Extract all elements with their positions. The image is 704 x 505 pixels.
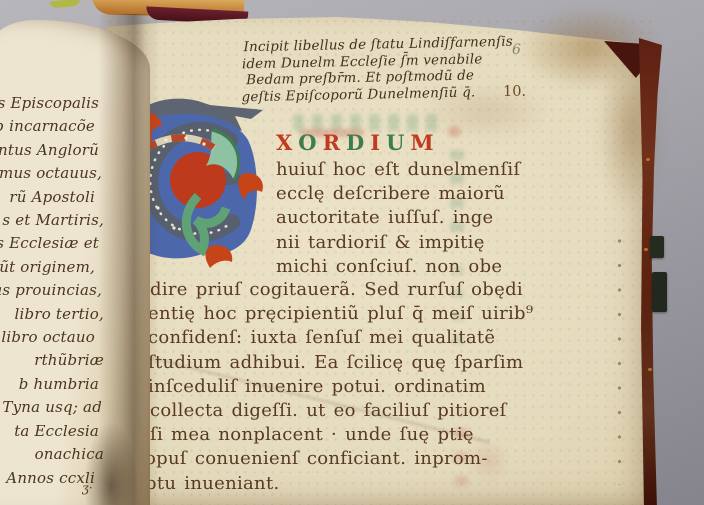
binding-headband — [50, 0, 81, 9]
manuscript-line: ta Ecclesia — [0, 420, 99, 443]
text-line: dire priuſ cogitauerã. Sed rurſuſ obędi — [150, 278, 575, 302]
manuscript-line: erũt originem, — [0, 256, 95, 279]
left-page-text: s Episcopalisno ab incarnacõentus Anglor… — [0, 92, 104, 490]
bookmark-tab — [650, 236, 664, 258]
pricking-holes — [617, 238, 623, 485]
heading-letter: I — [370, 130, 380, 155]
manuscript-line: mes Ecclesiæ et — [0, 232, 99, 255]
folio-number-pencil: 6 — [512, 42, 521, 58]
bleedthrough-ghost — [448, 126, 461, 137]
manuscript-line: s et Martiris, — [0, 209, 104, 232]
text-line: ſi mea nonplacent · unde ſuę ptię — [150, 423, 575, 447]
manuscript-line: libro octauo — [0, 326, 95, 349]
heading-letter: R — [323, 130, 340, 155]
text-line: auctoritate iuſſuſ. inge — [276, 206, 556, 230]
folio-number-ink: 10. — [503, 84, 526, 100]
marginal-mark: ʒ· — [82, 481, 93, 495]
heading-exordium: XORDIUM — [276, 130, 440, 155]
text-line: inſceduliſ inuenire potui. ordinatim — [148, 375, 575, 399]
text-line: ptu inueniant. — [145, 472, 575, 496]
leather-fleck — [646, 158, 650, 161]
bookmark-tab — [652, 272, 667, 312]
heading-letter: M — [410, 130, 433, 155]
manuscript-line: onachica — [0, 443, 104, 466]
heading-letter: X — [276, 130, 292, 155]
manuscript-line: s Episcopalis — [0, 92, 99, 115]
body-text-full-width: dire priuſ cogitauerã. Sed rurſuſ obędie… — [145, 278, 575, 496]
manuscript-line: libro tertio, — [0, 303, 104, 326]
manuscript-line: rthũbriæ — [0, 349, 104, 372]
manuscript-line: ntus Anglorũ — [0, 139, 99, 162]
text-line: collecta digeſſi. ut eo faciliuſ pitiore… — [150, 399, 575, 423]
heading-letter: O — [298, 130, 316, 155]
text-line: nii tardioriſ & impitię — [276, 231, 556, 255]
text-line: entię hoc pręcipientiũ pluſ q̄ meiſ uiri… — [148, 302, 575, 326]
text-line: ecclę deſcribere maiorũ — [276, 182, 556, 206]
text-line: confidenſ: iuxta ſenſuſ mei qualitatẽ — [148, 326, 575, 350]
text-line: ſtudium adhibui. Ea ſcilicę quę ſparſim — [148, 351, 575, 375]
text-line: michi conſciuſ. non obe — [276, 255, 556, 279]
manuscript-line: Annos ccxli — [0, 467, 95, 490]
manuscript-line: Tyna usq; ad — [0, 396, 102, 419]
heading-letter: D — [346, 130, 364, 155]
manuscript-line: rũ Apostoli — [0, 186, 95, 209]
leather-fleck — [648, 368, 652, 371]
heading-letter: U — [386, 130, 404, 155]
leather-fleck — [644, 248, 648, 251]
photo-background: Incipit libellus de ſtatu Lindiſfarnenſi… — [0, 0, 704, 505]
manuscript-line: no ab incarnacõe — [0, 115, 95, 138]
manuscript-line: b humbria — [0, 373, 99, 396]
text-line: huiuſ hoc eſt dunelmenſiſ — [276, 158, 556, 182]
manuscript-line: as prouincias, — [0, 279, 102, 302]
text-line: opuſ conuenienſ conficiant. inprom- — [145, 447, 575, 471]
manuscript-line: esimus octauus, — [0, 162, 102, 185]
body-text-beside-initial: huiuſ hoc eſt dunelmenſiſecclę deſcriber… — [276, 158, 556, 279]
